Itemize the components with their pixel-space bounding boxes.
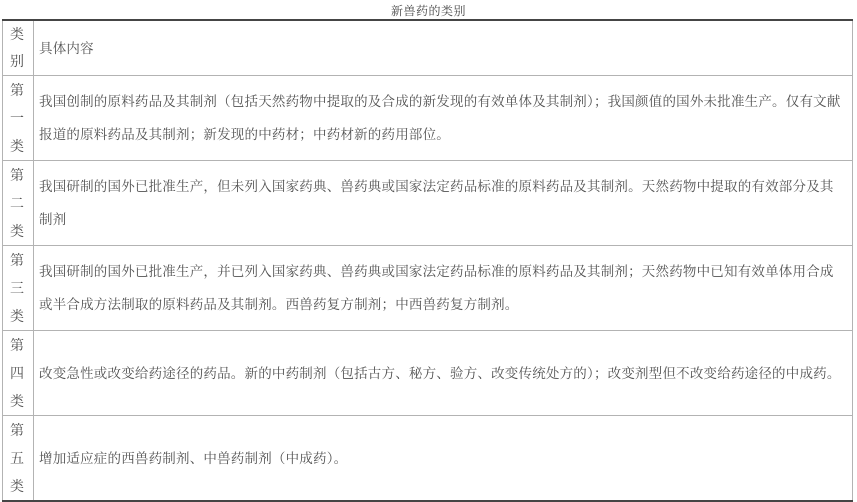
row-content: 改变急性或改变给药途径的药品。新的中药制剂（包括古方、秘方、验方、改变传统处方的… <box>34 331 853 416</box>
page-title: 新兽药的类别 <box>0 0 857 19</box>
categories-table: 类别 具体内容 第一类 我国创制的原料药品及其制剂（包括天然药物中提取的及合成的… <box>2 19 853 502</box>
table-row: 第一类 我国创制的原料药品及其制剂（包括天然药物中提取的及合成的新发现的有效单体… <box>3 76 853 161</box>
table-row: 第四类 改变急性或改变给药途径的药品。新的中药制剂（包括古方、秘方、验方、改变传… <box>3 331 853 416</box>
row-category: 第二类 <box>3 161 34 246</box>
row-category: 第三类 <box>3 246 34 331</box>
table-row: 第二类 我国研制的国外已批准生产，但未列入国家药典、兽药典或国家法定药品标准的原… <box>3 161 853 246</box>
row-category: 第一类 <box>3 76 34 161</box>
table-header-row: 类别 具体内容 <box>3 20 853 76</box>
row-category: 第五类 <box>3 416 34 502</box>
row-content: 我国创制的原料药品及其制剂（包括天然药物中提取的及合成的新发现的有效单体及其制剂… <box>34 76 853 161</box>
row-content: 增加适应症的西兽药制剂、中兽药制剂（中成药）。 <box>34 416 853 502</box>
row-content: 我国研制的国外已批准生产，并已列入国家药典、兽药典或国家法定药品标准的原料药品及… <box>34 246 853 331</box>
row-category: 第四类 <box>3 331 34 416</box>
header-cell-category: 类别 <box>3 20 34 76</box>
table-row: 第五类 增加适应症的西兽药制剂、中兽药制剂（中成药）。 <box>3 416 853 502</box>
table-row: 第三类 我国研制的国外已批准生产，并已列入国家药典、兽药典或国家法定药品标准的原… <box>3 246 853 331</box>
header-cell-content: 具体内容 <box>34 20 853 76</box>
page: 新兽药的类别 类别 具体内容 第一类 我国创制的原料药品及其制剂（包括天然药物中… <box>0 0 857 502</box>
row-content: 我国研制的国外已批准生产，但未列入国家药典、兽药典或国家法定药品标准的原料药品及… <box>34 161 853 246</box>
